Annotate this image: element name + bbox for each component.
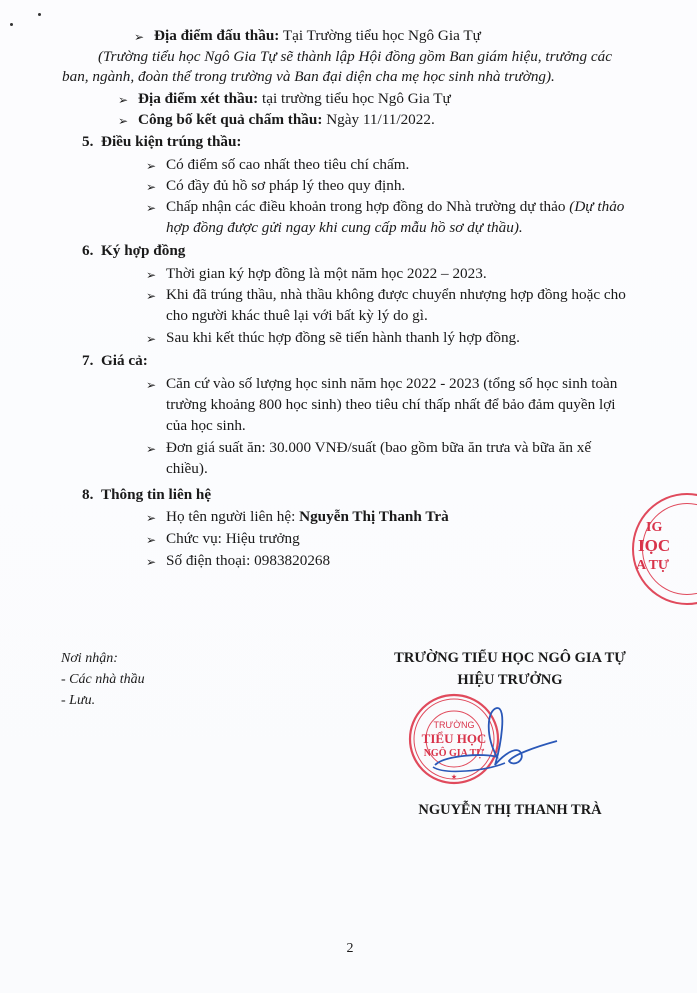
page-number: 2 — [300, 940, 400, 958]
signatory-name: NGUYỄN THỊ THANH TRÀ — [372, 801, 648, 819]
section-6-heading: 6. Ký hợp đồng — [82, 242, 185, 260]
arrow-bullet-icon: ➢ — [146, 199, 156, 217]
section-7-item: ➢ Căn cứ vào số lượng học sinh năm học 2… — [146, 375, 617, 393]
scan-speck — [38, 13, 41, 16]
section-6-item: ➢ Sau khi kết thúc hợp đồng sẽ tiến hành… — [146, 329, 520, 347]
handwritten-signature-icon — [425, 705, 565, 785]
section-5-heading: 5. Điều kiện trúng thầu: — [82, 133, 242, 151]
arrow-bullet-icon: ➢ — [146, 509, 156, 527]
evaluation-place-item: ➢ Địa điểm xét thầu: tại trường tiểu học… — [118, 90, 451, 108]
arrow-bullet-icon: ➢ — [146, 553, 156, 571]
section-5-item: ➢ Chấp nhận các điều khoản trong hợp đồn… — [146, 198, 624, 216]
arrow-bullet-icon: ➢ — [146, 157, 156, 175]
section-7-item-continuation: chiều). — [166, 460, 208, 478]
arrow-bullet-icon: ➢ — [146, 330, 156, 348]
section-5-item: ➢ Có điểm số cao nhất theo tiêu chí chấm… — [146, 156, 409, 174]
tender-place-item: ➢ Địa điểm đấu thầu: Tại Trường tiểu học… — [134, 27, 481, 45]
section-6-item: ➢ Khi đã trúng thầu, nhà thầu không được… — [146, 286, 626, 304]
arrow-bullet-icon: ➢ — [146, 531, 156, 549]
section-5-item: ➢ Có đầy đủ hồ sơ pháp lý theo quy định. — [146, 177, 405, 195]
document-page: ➢ Địa điểm đấu thầu: Tại Trường tiểu học… — [0, 0, 697, 993]
contact-name-item: ➢ Họ tên người liên hệ: Nguyễn Thị Thanh… — [146, 508, 449, 526]
arrow-bullet-icon: ➢ — [146, 376, 156, 394]
recipient-item: - Lưu. — [61, 692, 95, 710]
arrow-bullet-icon: ➢ — [146, 287, 156, 305]
section-7-item: ➢ Đơn giá suất ăn: 30.000 VNĐ/suất (bao … — [146, 439, 591, 457]
result-announcement-item: ➢ Công bố kết quả chấm thầu: Ngày 11/11/… — [118, 111, 435, 129]
arrow-bullet-icon: ➢ — [146, 266, 156, 284]
section-6-item-continuation: cho người khác thuê lại với bất kỳ lý do… — [166, 307, 428, 325]
section-8-heading: 8. Thông tin liên hệ — [82, 486, 211, 504]
section-6-item: ➢ Thời gian ký hợp đồng là một năm học 2… — [146, 265, 487, 283]
signature-org: TRƯỜNG TIỂU HỌC NGÔ GIA TỰ — [372, 649, 648, 667]
note-line-1: (Trường tiểu học Ngô Gia Tự sẽ thành lập… — [98, 48, 612, 66]
section-5-item-continuation: hợp đồng được gửi ngay khi cung cấp mẫu … — [166, 219, 523, 237]
recipients-title: Nơi nhận: — [61, 650, 118, 668]
arrow-bullet-icon: ➢ — [134, 28, 144, 46]
arrow-bullet-icon: ➢ — [118, 91, 128, 109]
contact-position-item: ➢ Chức vụ: Hiệu trưởng — [146, 530, 300, 548]
arrow-bullet-icon: ➢ — [118, 112, 128, 130]
scan-speck — [10, 23, 13, 26]
signature-role: HIỆU TRƯỞNG — [372, 671, 648, 689]
red-seal-stamp-partial: IG IỌC A TỰ — [632, 493, 697, 605]
section-7-heading: 7. Giá cả: — [82, 352, 148, 370]
arrow-bullet-icon: ➢ — [146, 440, 156, 458]
arrow-bullet-icon: ➢ — [146, 178, 156, 196]
recipient-item: - Các nhà thầu — [61, 671, 145, 689]
section-7-item-continuation: trường khoảng 800 học sinh) theo tiêu ch… — [166, 396, 615, 414]
note-line-2: ban, ngành, đoàn thể trong trường và Ban… — [62, 68, 555, 86]
contact-phone-item: ➢ Số điện thoại: 0983820268 — [146, 552, 330, 570]
section-7-item-continuation: của học sinh. — [166, 417, 246, 435]
